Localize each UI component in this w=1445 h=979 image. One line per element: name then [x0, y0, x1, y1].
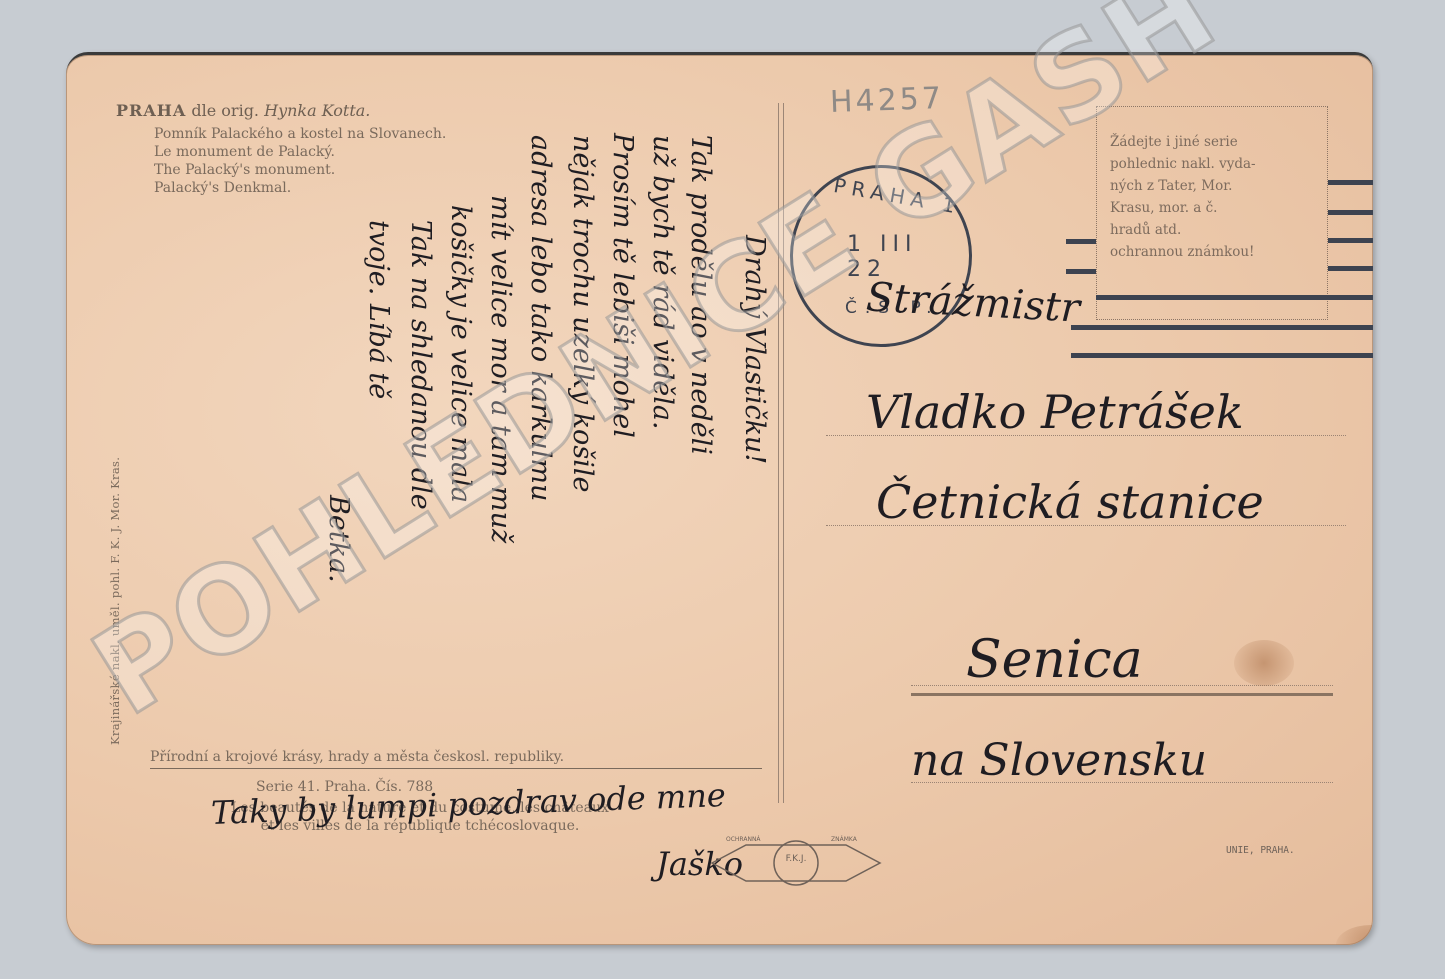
publisher-imprint: Krajinářské nakl. uměl. pohl. F. K. J. M… — [108, 457, 122, 745]
town-underline — [911, 693, 1333, 696]
message-line: tvoje. Líbá tě — [365, 220, 392, 399]
svg-text:ZNÁMKA: ZNÁMKA — [831, 836, 858, 843]
cancellation-line — [1071, 325, 1373, 330]
cancellation-line — [1066, 269, 1096, 274]
printer-imprint: UNIE, PRAHA. — [1226, 845, 1295, 856]
postmark-city: PRAHA 1 — [832, 173, 963, 219]
stamp-text-line: ochrannou známkou! — [1110, 241, 1320, 263]
address-station: Četnická stanice — [876, 475, 1264, 529]
message-line: mít velice mor a tam muž — [487, 195, 514, 543]
message-line: košičky je velice mala — [447, 205, 474, 503]
postmark-date: 1 III 22 — [847, 232, 969, 282]
pencil-inventory-number: H4257 — [829, 81, 944, 120]
header-title: PRAHA dle orig. Hynka Kotta. — [116, 101, 370, 120]
stamp-text-line: pohlednic nakl. vyda- — [1110, 153, 1320, 175]
message-line: Betka. — [325, 495, 352, 583]
address-region: na Slovensku — [911, 735, 1207, 786]
address-name: Vladko Petrášek — [866, 385, 1244, 439]
cancellation-line — [1328, 266, 1373, 271]
address-town: Senica — [966, 630, 1143, 690]
series-heading: Přírodní a krojové krásy, hrady a města … — [150, 749, 762, 769]
stamp-text-line: Žádejte i jiné serie — [1110, 131, 1320, 153]
center-divider — [778, 103, 784, 803]
artist-name: Hynka Kotta. — [264, 101, 370, 120]
cancellation-line — [1328, 180, 1373, 185]
caption-english: The Palacký's monument. — [154, 161, 446, 179]
stamp-text-line: ných z Tater, Mor. — [1110, 175, 1320, 197]
svg-text:OCHRANNÁ: OCHRANNÁ — [726, 836, 761, 843]
message-line: adresa lebo tako karkulmu — [527, 135, 554, 501]
caption-french: Le monument de Palacký. — [154, 143, 446, 161]
cancellation-line — [1071, 353, 1373, 358]
stain — [1234, 640, 1294, 686]
message-line: už bych tě rád viděla. — [649, 135, 676, 430]
city-name: PRAHA — [116, 101, 186, 120]
stamp-text-line: Krasu, mor. a č. — [1110, 197, 1320, 219]
stamp-text-line: hradů atd. — [1110, 219, 1320, 241]
caption-czech: Pomník Palackého a kostel na Slovanech. — [154, 125, 446, 143]
maker-trademark-icon: F.K.J. OCHRANNÁ ZNÁMKA — [706, 833, 886, 893]
stain — [1336, 925, 1373, 945]
message-line: Tak na shledanou dle — [407, 220, 434, 510]
svg-text:F.K.J.: F.K.J. — [786, 854, 807, 864]
cancellation-line — [1328, 238, 1373, 243]
cancellation-line — [1096, 295, 1373, 300]
message-line: Drahý Vlastičku! — [741, 235, 768, 464]
message-line: nějak trochu uzelký košile — [569, 135, 596, 492]
attribution-prefix: dle orig. — [191, 101, 259, 120]
caption-german: Palacký's Denkmal. — [154, 179, 446, 197]
postcard: PRAHA dle orig. Hynka Kotta. Pomník Pala… — [66, 52, 1373, 945]
cancellation-line — [1328, 210, 1373, 215]
caption-block: Pomník Palackého a kostel na Slovanech. … — [154, 125, 446, 197]
message-line: Prosím tě lebiši mohel — [609, 133, 636, 438]
stamp-box-text: Žádejte i jiné serie pohlednic nakl. vyd… — [1110, 131, 1320, 263]
cancellation-line — [1066, 239, 1096, 244]
message-line: Tak prodělu ao v neděli — [687, 135, 714, 455]
